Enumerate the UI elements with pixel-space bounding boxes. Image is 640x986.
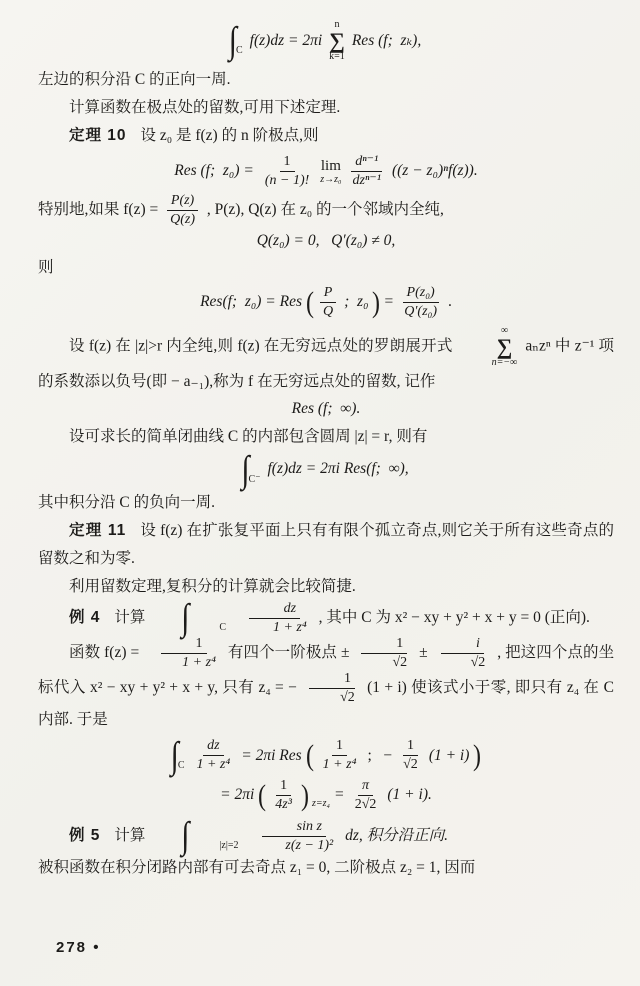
fraction-pz0-over-qpz0: P(z₀) Q′(z₀) (400, 285, 441, 320)
fraction-dz-over-1plusz4: dz 1 + z⁴ (238, 601, 311, 636)
frac-denominator: Q (319, 303, 337, 320)
fraction-1-over-sqrt2: 1 √2 (399, 738, 422, 773)
formula-lhs: f(z)dz = 2πi (250, 32, 322, 51)
integral-sign: ∫ C (171, 741, 188, 771)
frac-denominator: 1 + z⁴ (147, 654, 220, 671)
q-conditions-text: Q(z₀) = 0, Q′(z₀) ≠ 0, (257, 232, 396, 251)
res-infinity-text: Res (f; ∞). (292, 400, 361, 419)
frac-numerator: dⁿ⁻¹ (351, 154, 382, 172)
solution-mid1: 有四个一阶极点 ± (228, 644, 350, 661)
equation-pre: = 2πi (220, 786, 254, 805)
limit-word: lim (321, 158, 341, 175)
frac-numerator: 1 (276, 778, 291, 796)
right-paren: ) (372, 289, 380, 316)
formula-theorem-10: Res (f; z₀) = 1 (n − 1)! lim z→z₀ dⁿ⁻¹ d… (38, 154, 614, 189)
left-paren: ( (258, 782, 266, 809)
frac-denominator: Q′(z₀) (400, 303, 441, 320)
fraction-1-over-sqrt2: 1 √2 (305, 671, 359, 706)
laurent-pre: 设 f(z) 在 |z|>r 内全纯,则 f(z) 在无穷远点处的罗朗展开式 (69, 338, 453, 355)
summation-sign: n ∑ k=1 (329, 20, 345, 62)
frac-numerator: 1 (361, 636, 407, 654)
formula-lhs: Res(f; z₀) = Res (200, 293, 302, 312)
fraction-1-over-4z3: 1 4z³ (271, 778, 296, 813)
integral-subscript: C⁻ (249, 474, 261, 486)
solution-pre: 函数 f(z) = (69, 644, 139, 661)
sum-glyph: ∑ (466, 336, 513, 358)
integral-glyph: ∫ (150, 818, 189, 856)
sum-glyph: ∑ (329, 30, 345, 52)
frac-denominator: z(z − 1)² (250, 837, 337, 854)
formula-residue-theorem: ∫ C f(z)dz = 2πi n ∑ k=1 Res (f; zₖ), (38, 20, 614, 62)
integral-subscript: |z|=2 (188, 832, 238, 860)
theorem-10: 定理 10 设 z₀ 是 f(z) 的 n 阶极点,则 (38, 122, 614, 150)
paragraph-negative-direction: 其中积分沿 C 的负向一周. (38, 489, 614, 517)
special-case-pre: 特别地,如果 f(z) = (38, 201, 158, 218)
equation-mid2: ; − (367, 747, 392, 766)
formula-rhs: ((z − z₀)ⁿf(z)). (392, 162, 478, 181)
solution-mid2: ± (419, 644, 428, 661)
equals-sign: = (335, 786, 344, 805)
sum-lower-limit: n=−∞ (461, 358, 518, 368)
example-5-label: 例 5 (69, 827, 100, 844)
theorem-11: 定理 11 设 f(z) 在扩张复平面上只有有限个孤立奇点,则它关于所有这些奇点… (38, 517, 614, 573)
formula-pq-residue: Res(f; z₀) = Res ( P Q ; z₀ ) = P(z₀) Q′… (38, 285, 614, 320)
right-paren: ) (301, 782, 309, 809)
frac-denominator: 1 + z⁴ (192, 756, 234, 773)
frac-denominator: 1 + z⁴ (319, 756, 361, 773)
limit-operator: lim z→z₀ (320, 158, 341, 185)
fraction-i-over-sqrt2: i √2 (436, 636, 490, 671)
fraction-p-over-q: P Q (319, 285, 337, 320)
special-case-post: , P(z), Q(z) 在 z₀ 的一个邻域内全纯, (207, 201, 444, 218)
integral-subscript: C (178, 760, 185, 772)
example-4-equation-2: = 2πi ( 1 4z³ ) z=z₄ = π 2√2 (1 + i). (38, 778, 614, 813)
equation-mid3: (1 + i) (429, 747, 470, 766)
left-paren: ( (306, 289, 314, 316)
evaluated-at-subscript: z=z₄ (312, 798, 330, 810)
paragraph-example-5-body: 被积函数在积分闭路内部有可去奇点 z₁ = 0, 二阶极点 z₂ = 1, 因而 (38, 854, 614, 882)
frac-numerator: i (441, 636, 484, 654)
paragraph-special-case: 特别地,如果 f(z) = P(z) Q(z) , P(z), Q(z) 在 z… (38, 193, 614, 228)
frac-denominator: (n − 1)! (261, 172, 313, 189)
paragraph-laurent-expansion: 设 f(z) 在 |z|>r 内全纯,则 f(z) 在无穷远点处的罗朗展开式 ∞… (38, 326, 614, 396)
example-4: 例 4 计算 ∫ C dz 1 + z⁴ , 其中 C 为 x² − xy + … (38, 601, 614, 636)
fraction-derivative: dⁿ⁻¹ dzⁿ⁻¹ (349, 154, 385, 189)
frac-numerator: 1 (403, 738, 418, 756)
scanned-textbook-page: ∫ C f(z)dz = 2πi n ∑ k=1 Res (f; zₖ), 左边… (0, 0, 640, 986)
formula-rhs: Res (f; zₖ), (352, 32, 421, 51)
example-4-label: 例 4 (69, 609, 100, 626)
formula-res-infinity: Res (f; ∞). (38, 400, 614, 419)
example-5: 例 5 计算 ∫ |z|=2 sin z z(z − 1)² dz, 积分沿正向… (38, 819, 614, 854)
integral-sign: ∫ C (229, 26, 246, 56)
equals-sign: = (384, 293, 393, 312)
integral-glyph: ∫ (150, 600, 189, 638)
example-4-pre: 计算 (114, 609, 145, 626)
page-number: 278 • (56, 939, 100, 956)
example-5-pre: 计算 (114, 827, 145, 844)
example-5-post: dz, 积分沿正向. (345, 827, 448, 844)
fraction-sinz-over-zzminus1sq: sin z z(z − 1)² (250, 819, 337, 854)
frac-numerator: P (320, 285, 337, 303)
paragraph-positive-direction: 左边的积分沿 C 的正向一周. (38, 66, 614, 94)
example-4-post: , 其中 C 为 x² − xy + y² + x + y = 0 (正向). (319, 609, 590, 626)
limit-subscript: z→z₀ (320, 175, 341, 185)
frac-denominator: 1 + z⁴ (238, 619, 311, 636)
frac-numerator: dz (249, 601, 300, 619)
frac-denominator: √2 (357, 654, 411, 671)
right-paren: ) (473, 742, 481, 769)
example-4-equation-1: ∫ C dz 1 + z⁴ = 2πi Res ( 1 1 + z⁴ ; − 1… (38, 738, 614, 773)
paragraph-compute-residue: 计算函数在极点处的留数,可用下述定理. (38, 94, 614, 122)
fraction-1-over-1plusz4: 1 1 + z⁴ (319, 738, 361, 773)
frac-denominator: Q(z) (166, 211, 199, 228)
fraction-pi-over-2sqrt2: π 2√2 (351, 778, 381, 813)
frac-denominator: √2 (305, 689, 359, 706)
frac-numerator: 1 (309, 671, 355, 689)
integral-sign: ∫ |z|=2 (150, 821, 241, 851)
frac-numerator: dz (203, 738, 223, 756)
fraction-dz-over-1plusz4: dz 1 + z⁴ (192, 738, 234, 773)
frac-numerator: sin z (262, 819, 326, 837)
paragraph-use-residue: 利用留数定理,复积分的计算就会比较简捷. (38, 573, 614, 601)
frac-numerator: 1 (280, 154, 295, 172)
theorem-10-text: 设 z₀ 是 f(z) 的 n 阶极点,则 (140, 127, 318, 144)
formula-mid: ; z₀ (344, 293, 368, 312)
paragraph-then: 则 (38, 255, 614, 281)
formula-negative-integral: ∫ C⁻ f(z)dz = 2πi Res(f; ∞), (38, 455, 614, 485)
theorem-11-label: 定理 11 (69, 522, 126, 539)
formula-q-conditions: Q(z₀) = 0, Q′(z₀) ≠ 0, (38, 232, 614, 251)
equation-mid1: = 2πi Res (241, 747, 301, 766)
theorem-10-label: 定理 10 (69, 127, 127, 144)
integral-subscript: C (188, 614, 226, 642)
frac-denominator: dzⁿ⁻¹ (349, 172, 385, 189)
fraction-one-over-factorial: 1 (n − 1)! (261, 154, 313, 189)
frac-denominator: √2 (399, 756, 422, 773)
integral-sign: ∫ C⁻ (241, 455, 263, 485)
left-paren: ( (306, 742, 314, 769)
frac-numerator: π (358, 778, 373, 796)
frac-denominator: 4z³ (271, 796, 296, 813)
fraction-1-over-sqrt2: 1 √2 (357, 636, 411, 671)
frac-denominator: 2√2 (351, 796, 381, 813)
summation-sign: ∞ ∑ n=−∞ (461, 326, 518, 368)
example-4-solution: 函数 f(z) = 1 1 + z⁴ 有四个一阶极点 ± 1 √2 ± i √2… (38, 636, 614, 734)
sum-lower-limit: k=1 (329, 52, 345, 62)
frac-numerator: P(z₀) (403, 285, 439, 303)
frac-denominator: √2 (436, 654, 490, 671)
period: . (448, 293, 452, 312)
fraction-p-over-q: P(z) Q(z) (166, 193, 199, 228)
formula-lhs: Res (f; z₀) = (174, 162, 254, 181)
frac-numerator: 1 (332, 738, 347, 756)
frac-numerator: P(z) (167, 193, 198, 211)
integral-subscript: C (236, 45, 243, 57)
equation-post: (1 + i). (387, 786, 431, 805)
formula-body: f(z)dz = 2πi Res(f; ∞), (267, 460, 408, 479)
paragraph-closed-curve: 设可求长的简单闭曲线 C 的内部包含圆周 |z| = r, 则有 (38, 423, 614, 451)
integral-sign: ∫ C (150, 603, 229, 633)
